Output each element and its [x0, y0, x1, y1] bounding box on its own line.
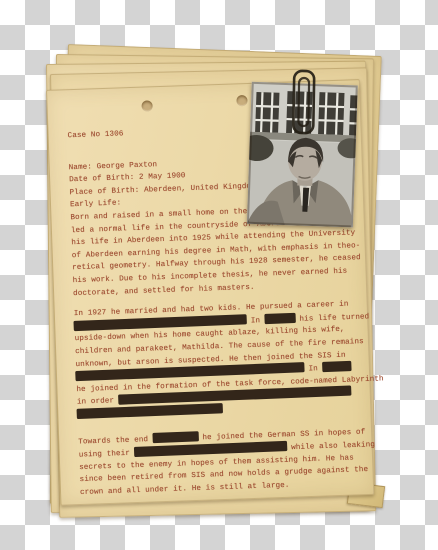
text-segment: Towards the end [78, 436, 153, 447]
text-segment: In [304, 365, 323, 374]
redaction-bar [322, 362, 350, 372]
transparency-checkerboard: Case No 1306 Name: George PaxtonDate of … [0, 0, 438, 550]
text-segment: In [246, 317, 265, 326]
punch-hole-right [236, 95, 247, 106]
paperclip-icon [290, 68, 317, 142]
redaction-bar [153, 432, 198, 443]
text-segment: using their [79, 450, 135, 460]
text-segment: while also leaking [286, 441, 375, 452]
punch-hole-left [141, 100, 152, 111]
paragraph-career: In 1927 he married and had two kids. He … [74, 298, 370, 421]
text-segment: Name: George Paxton [69, 161, 158, 172]
redaction-bar [265, 313, 295, 323]
text-segment: Early Life: [70, 200, 121, 210]
text-segment: in order [77, 397, 119, 406]
text-segment: his life turned [295, 313, 370, 324]
text-segment: Date of Birth: 2 May 1900 [69, 172, 186, 184]
paragraph-defection: Towards the end he joined the German SS … [78, 426, 372, 499]
case-file-page: Case No 1306 Name: George PaxtonDate of … [46, 79, 374, 506]
